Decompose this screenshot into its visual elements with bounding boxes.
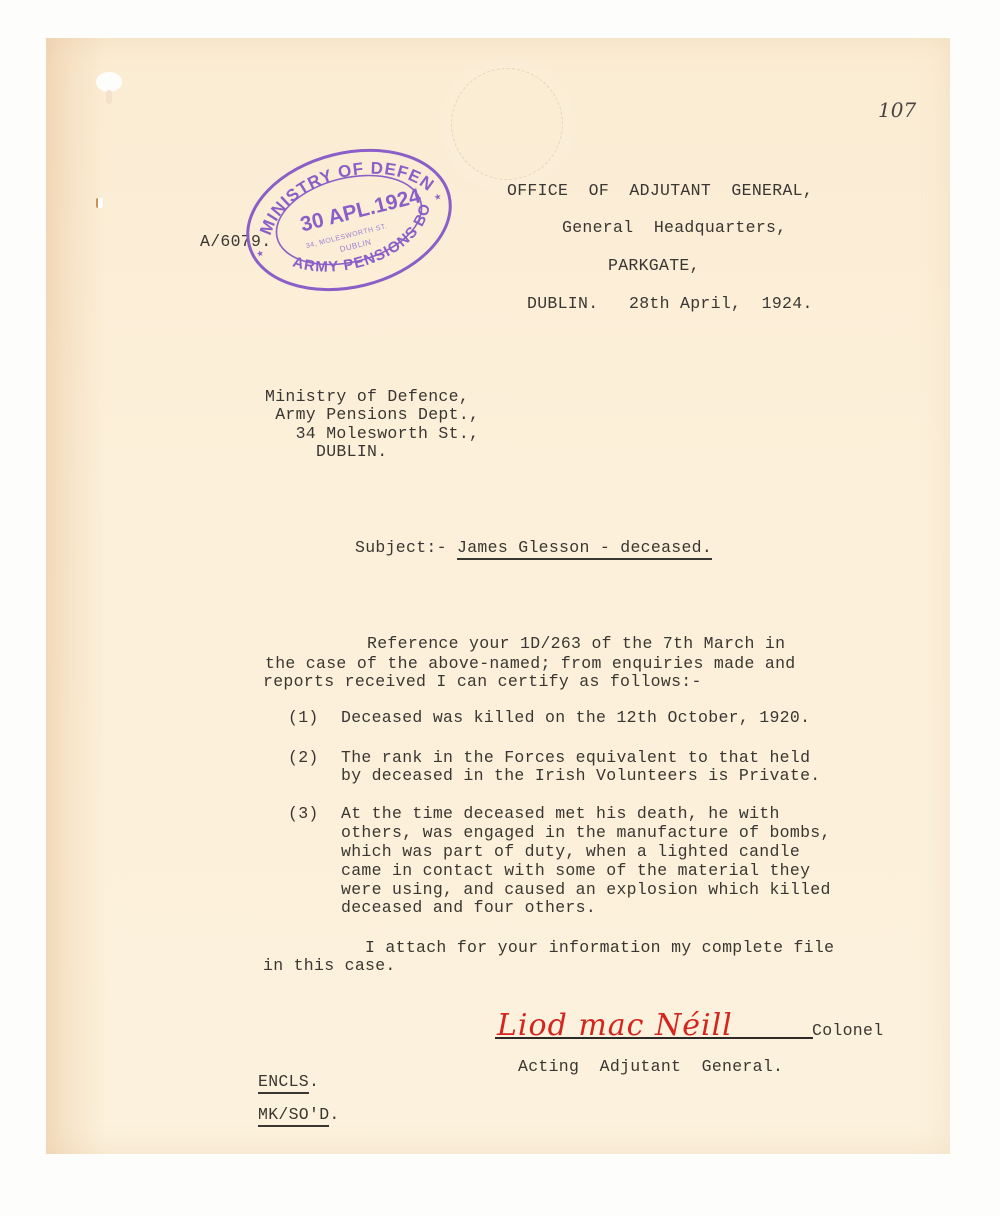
body-intro-line: the case of the above-named; from enquir…: [265, 656, 795, 673]
signature-line: [495, 1037, 813, 1039]
signatory-title: Acting Adjutant General.: [518, 1059, 783, 1076]
item-line: The rank in the Forces equivalent to tha…: [341, 750, 810, 767]
typist-initials: MK/SO'D.: [258, 1107, 340, 1124]
item-line: came in contact with some of the materia…: [341, 863, 810, 880]
recipient-line: DUBLIN.: [265, 444, 387, 461]
recipient-line: 34 Molesworth St.,: [265, 426, 479, 443]
enclosures-label: ENCLS: [258, 1072, 309, 1094]
item-line: which was part of duty, when a lighted c…: [341, 844, 800, 861]
letterhead-location: PARKGATE,: [608, 258, 700, 275]
subject-line: Subject:- James Glesson - deceased.: [355, 540, 712, 557]
body-intro-line: Reference your 1D/263 of the 7th March i…: [265, 636, 785, 653]
subject-text: James Glesson - deceased.: [457, 538, 712, 560]
letter-page: [46, 38, 950, 1154]
item-number: (1): [288, 710, 319, 727]
paper-tear-mark: [96, 198, 103, 208]
recipient-line: Army Pensions Dept.,: [265, 407, 479, 424]
item-line: others, was engaged in the manufacture o…: [341, 825, 831, 842]
signatory-rank: Colonel: [812, 1023, 883, 1040]
item-line: deceased and four others.: [341, 900, 596, 917]
recipient-line: Ministry of Defence,: [265, 389, 469, 406]
body-intro-line: reports received I can certify as follow…: [263, 674, 702, 691]
letterhead-office: OFFICE OF ADJUTANT GENERAL,: [507, 183, 813, 200]
punch-hole: [96, 72, 122, 92]
enclosures-note: ENCLS.: [258, 1074, 319, 1091]
punch-hole-tear: [106, 90, 112, 104]
folio-number: 107: [878, 98, 916, 122]
closing-line: in this case.: [263, 958, 396, 975]
initials-label: MK/SO'D: [258, 1105, 329, 1127]
svg-text:★: ★: [432, 189, 442, 204]
item-number: (2): [288, 750, 319, 767]
letterhead-hq: General Headquarters,: [562, 220, 786, 237]
item-line: by deceased in the Irish Volunteers is P…: [341, 768, 820, 785]
embossed-seal: [451, 68, 563, 180]
subject-label: Subject:-: [355, 538, 457, 557]
item-line: were using, and caused an explosion whic…: [341, 882, 831, 899]
item-number: (3): [288, 806, 319, 823]
item-line: At the time deceased met his death, he w…: [341, 806, 780, 823]
closing-line: I attach for your information my complet…: [263, 940, 834, 957]
item-line: Deceased was killed on the 12th October,…: [341, 710, 810, 727]
letterhead-city-date: DUBLIN. 28th April, 1924.: [527, 296, 813, 313]
